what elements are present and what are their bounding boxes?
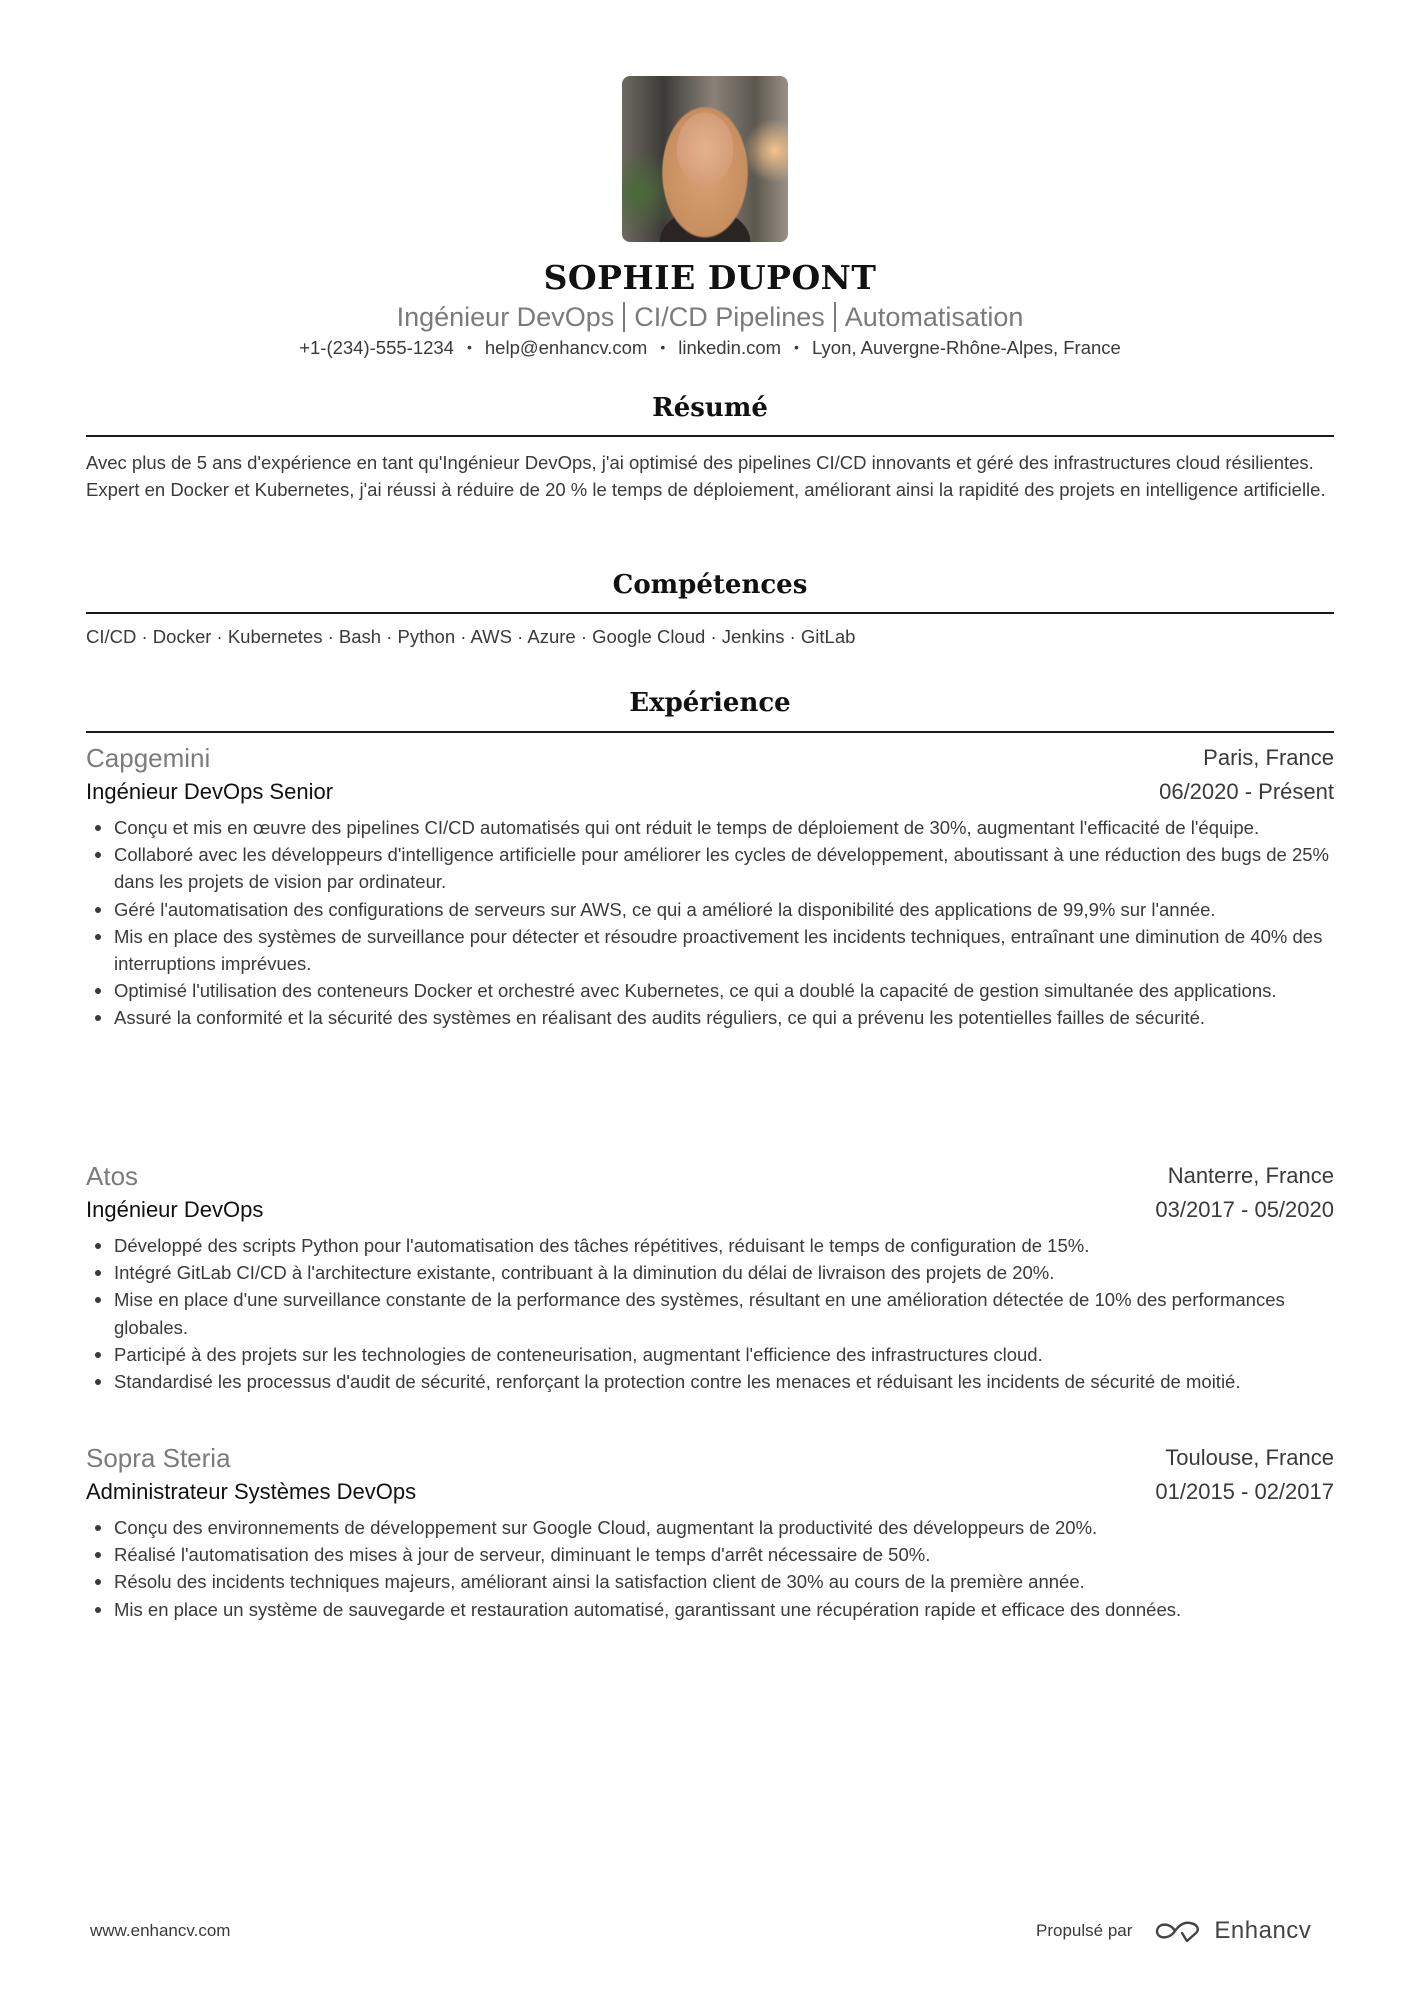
- job-dates: 03/2017 - 05/2020: [1155, 1197, 1334, 1223]
- job-location: Toulouse, France: [1165, 1445, 1334, 1471]
- achievement-item: Collaboré avec les développeurs d'intell…: [86, 841, 1334, 895]
- achievement-item: Mis en place des systèmes de surveillanc…: [86, 923, 1334, 977]
- brand-name: Enhancv: [1214, 1917, 1311, 1945]
- section-divider: [86, 435, 1334, 437]
- contact-info: +1-(234)-555-1234•help@enhancv.com•linke…: [86, 337, 1334, 359]
- bullet-separator: •: [467, 339, 472, 355]
- section-title-experience: Expérience: [86, 688, 1334, 718]
- company-name: Sopra Steria: [86, 1443, 231, 1474]
- candidate-name: SOPHIE DUPONT: [86, 258, 1334, 297]
- achievement-item: Réalisé l'automatisation des mises à jou…: [86, 1541, 1334, 1568]
- experience-entry: Sopra Steria Toulouse, France Administra…: [86, 1443, 1334, 1623]
- email-link[interactable]: help@enhancv.com: [485, 337, 647, 358]
- achievement-item: Résolu des incidents techniques majeurs,…: [86, 1568, 1334, 1595]
- experience-entry: Atos Nanterre, France Ingénieur DevOps 0…: [86, 1161, 1334, 1395]
- job-location: Nanterre, France: [1168, 1163, 1334, 1189]
- company-name: Atos: [86, 1161, 138, 1192]
- achievement-list: Développé des scripts Python pour l'auto…: [86, 1232, 1334, 1395]
- bullet-separator: •: [660, 339, 665, 355]
- achievement-item: Mise en place d'une surveillance constan…: [86, 1286, 1334, 1340]
- experience-entry: Capgemini Paris, France Ingénieur DevOps…: [86, 743, 1334, 1032]
- job-dates: 06/2020 - Présent: [1159, 779, 1334, 805]
- headline-divider: [623, 302, 625, 332]
- bullet-separator: •: [794, 339, 799, 355]
- headline-divider: [834, 302, 836, 332]
- section-title-skills: Compétences: [86, 570, 1334, 600]
- section-divider: [86, 731, 1334, 733]
- headline-specialty: CI/CD Pipelines: [634, 302, 825, 332]
- section-divider: [86, 612, 1334, 614]
- achievement-item: Optimisé l'utilisation des conteneurs Do…: [86, 977, 1334, 1004]
- linkedin-link[interactable]: linkedin.com: [678, 337, 781, 358]
- headline-focus: Automatisation: [845, 302, 1024, 332]
- achievement-list: Conçu et mis en œuvre des pipelines CI/C…: [86, 814, 1334, 1032]
- headline: Ingénieur DevOpsCI/CD PipelinesAutomatis…: [86, 302, 1334, 333]
- headline-title: Ingénieur DevOps: [397, 302, 615, 332]
- achievement-item: Assuré la conformité et la sécurité des …: [86, 1004, 1334, 1031]
- footer-branding[interactable]: Propulsé par Enhancv: [1036, 1914, 1311, 1948]
- footer-website-link[interactable]: www.enhancv.com: [90, 1921, 230, 1941]
- achievement-item: Participé à des projets sur les technolo…: [86, 1341, 1334, 1368]
- location: Lyon, Auvergne-Rhône-Alpes, France: [812, 337, 1121, 358]
- achievement-item: Géré l'automatisation des configurations…: [86, 896, 1334, 923]
- summary-text: Avec plus de 5 ans d'expérience en tant …: [86, 449, 1334, 503]
- profile-photo: [622, 76, 788, 242]
- job-title: Ingénieur DevOps Senior: [86, 779, 333, 805]
- achievement-item: Mis en place un système de sauvegarde et…: [86, 1596, 1334, 1623]
- achievement-item: Standardisé les processus d'audit de séc…: [86, 1368, 1334, 1395]
- powered-by-label: Propulsé par: [1036, 1921, 1132, 1941]
- company-name: Capgemini: [86, 743, 210, 774]
- phone[interactable]: +1-(234)-555-1234: [299, 337, 454, 358]
- job-title: Administrateur Systèmes DevOps: [86, 1479, 416, 1505]
- achievement-item: Conçu des environnements de développemen…: [86, 1514, 1334, 1541]
- enhancv-infinity-heart-icon: [1154, 1918, 1202, 1944]
- achievement-list: Conçu des environnements de développemen…: [86, 1514, 1334, 1623]
- achievement-item: Conçu et mis en œuvre des pipelines CI/C…: [86, 814, 1334, 841]
- job-dates: 01/2015 - 02/2017: [1155, 1479, 1334, 1505]
- skills-list: CI/CD · Docker · Kubernetes · Bash · Pyt…: [86, 626, 855, 648]
- achievement-item: Développé des scripts Python pour l'auto…: [86, 1232, 1334, 1259]
- section-title-summary: Résumé: [86, 393, 1334, 423]
- achievement-item: Intégré GitLab CI/CD à l'architecture ex…: [86, 1259, 1334, 1286]
- job-title: Ingénieur DevOps: [86, 1197, 263, 1223]
- job-location: Paris, France: [1203, 745, 1334, 771]
